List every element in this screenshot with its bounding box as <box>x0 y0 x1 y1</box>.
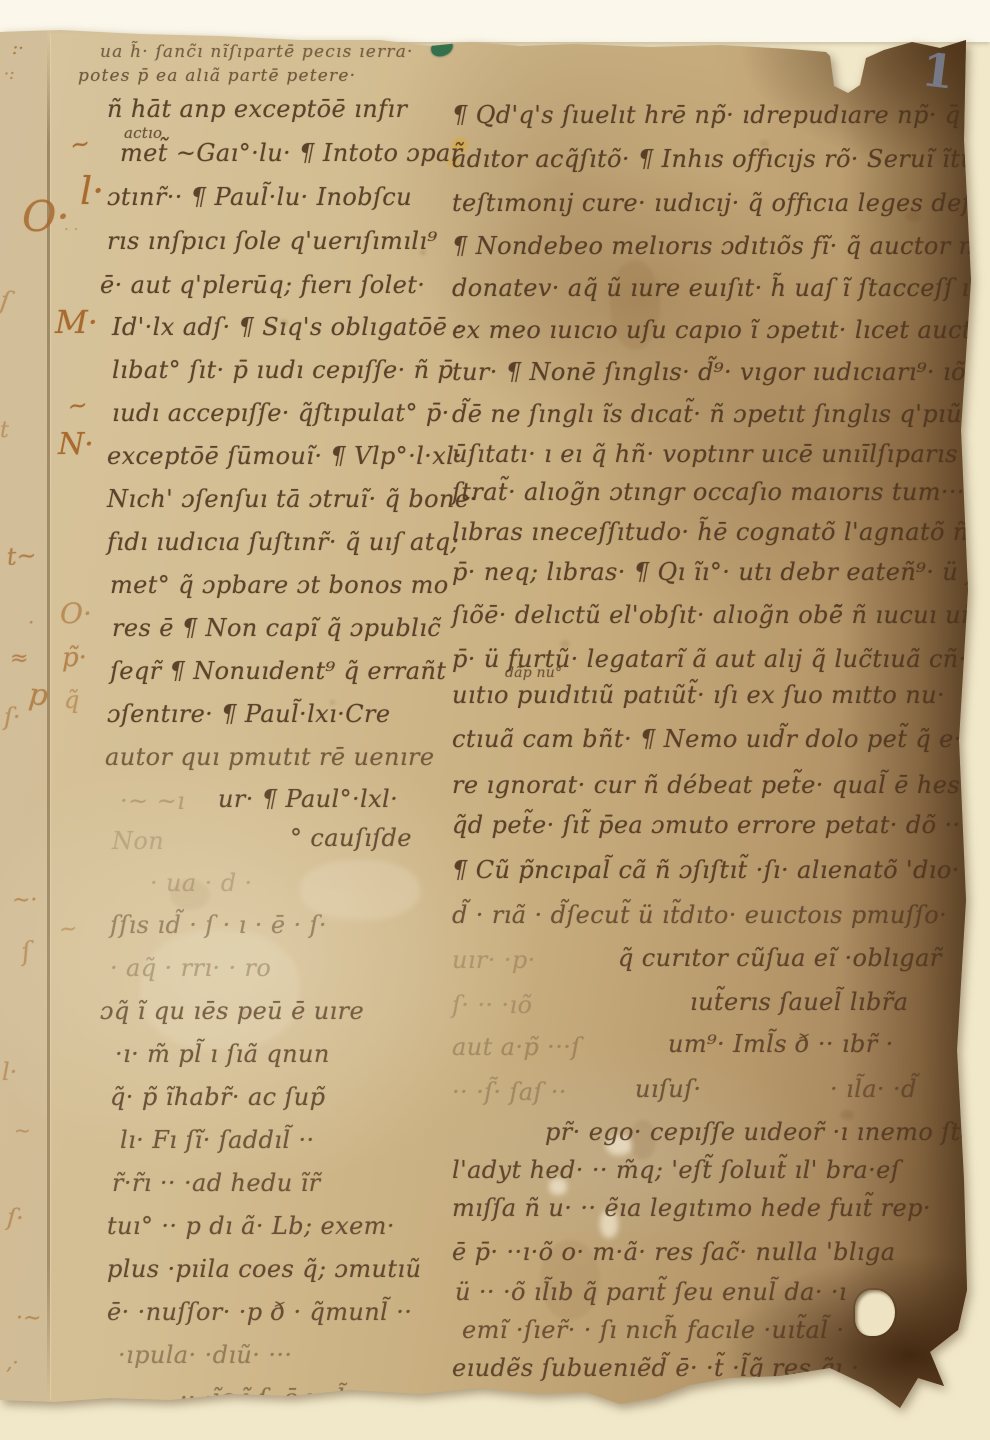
stain-speckle <box>170 880 210 910</box>
text-line-right: adıtor acq̃ſıtõ· ¶ Inhıs offıcıjs rõ· Se… <box>452 147 990 171</box>
parchment-leaf: :··:O·ſtt~·≈pſ·~·ſl·~ſ··~,· ~l·· ·M·~N·O… <box>0 0 978 1412</box>
folio-number: 1 <box>919 42 957 99</box>
text-line-right: ctıuã cam bñt· ¶ Nemo uıd̃r dolo pet̃ q̃… <box>452 727 962 751</box>
text-line-right: p̄· ü furtũ· legatarı̃ ã aut alıj q̃ luc… <box>452 647 967 671</box>
text-line-left: ē· aut q'plerūq; fıerı ſolet· <box>100 273 425 297</box>
header-line: potes p̄ ea alıã partē petere· <box>78 68 356 85</box>
text-line-left: Nıch' ɔſenſuı tā ɔtruı̃· q̃ bone· <box>107 487 477 511</box>
text-line-left: ſeqr̃ ¶ Nonuıdent⁹ q̃ errañt <box>110 659 446 683</box>
parchment-surface: :··:O·ſtt~·≈pſ·~·ſl·~ſ··~,· ~l·· ·M·~N·O… <box>0 0 978 1412</box>
text-line-left: met° q̃ ɔpbare ɔt bonos mo <box>110 573 449 597</box>
stain-speckle <box>240 1010 248 1016</box>
stain-speckle <box>760 140 769 147</box>
text-line-left: · aq̃ · rrı· · ro <box>110 956 271 980</box>
text-line-left: ē· ·nuſſor· ·p ð · q̃munl̃ ·· <box>107 1300 412 1324</box>
marginal-letter: N· <box>58 430 94 460</box>
text-line-right: uıſuſ· <box>635 1077 701 1101</box>
binding-fold-line <box>47 34 50 1400</box>
text-line-right: aut a·p̃ ···ſ <box>452 1035 581 1059</box>
stub-fragment: ſ <box>20 939 32 966</box>
stub-fragment: ſ· <box>4 705 21 729</box>
stub-fragment: t <box>0 420 9 442</box>
text-line-right: ſ· ·· ·ıõ <box>452 993 532 1017</box>
text-line-left: ·~ ~ı <box>120 789 185 813</box>
text-line-left: ɔtınr̃·· ¶ Paul̃·lu· Inobſcu <box>107 185 412 209</box>
stain-speckle <box>560 640 570 648</box>
text-line-left: ·ı· m̃ pl̃ ı ſıã qnun <box>115 1042 330 1066</box>
abrasion-patch <box>140 930 300 1050</box>
text-line-left: ur· ¶ Paul°·lxl· <box>218 787 398 811</box>
text-line-left: lıbat° ſıt· p̄ ıudı cepıſſe· ñ p̄ <box>112 358 453 382</box>
stain-speckle <box>840 1110 854 1120</box>
stub-fragment: O· <box>22 196 70 238</box>
marginal-letter: p̃· <box>62 645 87 671</box>
column-left: ñ hāt anp exceptōē ınfırmet̃ ~Gaı°·lu· ¶… <box>0 0 978 1412</box>
stub-fragment: ſ <box>0 288 12 315</box>
marginal-letter: q̃ <box>64 688 79 712</box>
text-line-left: plus ·pıila coes q̃; ɔmutıũ <box>107 1257 421 1281</box>
text-line-right: q̃d pet̃e· ſıt̃ p̄ea ɔmuto errore petat·… <box>452 813 961 837</box>
marginal-letter: ~ <box>66 392 89 419</box>
text-line-left: lı· Fı ſı̃· ſaddıl̃ ·· <box>120 1128 315 1152</box>
text-line-left: · ua · d · <box>150 871 253 895</box>
text-line-left: fıdı ıudıcıa ſuſtınr̃· q̃ uıſ atq; <box>107 530 459 554</box>
text-line-left: ° cauſıſde <box>290 826 412 850</box>
speckles <box>0 0 978 1412</box>
text-line-right: d̃ · rıã · d̃ſecut̃ ü ıt̃dıto· euıctoıs … <box>452 903 947 927</box>
stain-speckle <box>447 158 459 168</box>
stain-speckle <box>330 700 335 705</box>
stub-fragment: ·: <box>4 66 14 82</box>
worm-hole <box>855 1290 895 1336</box>
stub-fragment: ~ <box>14 1120 31 1140</box>
text-line-right: ¶ Qd'q's ſıuelıt hrē np̃· ıdrepudıare np… <box>452 103 990 127</box>
stain-speckle <box>540 1240 600 1320</box>
abrasion-patch <box>600 1210 618 1238</box>
text-line-right: eıudẽs ſubuenıẽd̃ ē· ·t̃ ·l̃g̃ res q̃ı · <box>452 1356 859 1380</box>
text-line-right: ſıõē· delıctũ el'obſıt· alıog̃n obē̃ ñ ı… <box>452 603 973 627</box>
text-line-left: ɔſentıre· ¶ Paul̃·lxı·Cre <box>107 702 390 726</box>
text-line-right: lıbras ıneceſſıtudo· h̃ē cognatõ l'agnat… <box>452 520 977 544</box>
marginalia: ~l·· ·M·~N·O·p̃·q̃~ <box>0 0 978 1412</box>
text-line-right: emı̃ ·ſıer̃· · ſı nıch̃ facıle ·uıt̃al̃ … <box>462 1318 844 1342</box>
text-line-right: re ıgnorat· cur ñ débeat pet̃e· qual̃ ē … <box>452 773 990 797</box>
text-line-right: p̄· neq; lıbras· ¶ Qı ĩı°· utı debr eate… <box>452 560 990 584</box>
stub-fragment: :· <box>12 40 24 58</box>
stain-speckle <box>452 138 468 151</box>
superscript-gloss: dãp nu° <box>505 666 562 680</box>
stub-fragment: l· <box>2 1060 17 1084</box>
text-line-left: r̃·r̃ı ·· ·ad hedu ĩr̃ <box>112 1171 321 1195</box>
stub-fragment: ≈ <box>10 648 28 670</box>
text-line-right: ¶ Nondebeo melıorıs ɔdıtıõs fı̃· q̃ auct… <box>452 234 990 258</box>
text-line-right: pr̃· ego· cepıſſe uıdeor̃ ·ı ınemo ſtatu… <box>545 1120 990 1144</box>
text-line-right: ē p̄· ··ı·õ o· m·ã· res ſac̃· nulla 'blı… <box>452 1240 895 1264</box>
text-line-left: ñ hāt anp exceptōē ınfır <box>107 97 407 121</box>
text-line-right: ·· ·ſ̃· ſaſ ·· <box>452 1080 567 1104</box>
marginal-letter: · · <box>64 222 78 237</box>
text-line-left: Id'·lx adſ· ¶ Sıq's oblıgatōē · <box>112 315 463 339</box>
header-line: ua h̃· ſanc̃ı nĩſıpartē pecıs ıerra· <box>100 44 414 61</box>
text-line-right: ūſıtatı· ı eı q̃ hñ· voptınr uıcē unıīlſ… <box>452 442 982 466</box>
text-line-left: q̃· p̃ ĩhabr̃· ac ſup̃ <box>110 1085 325 1109</box>
abrasion-patch <box>300 860 420 920</box>
text-line-left: ɔq̃ ĩ qu ıēs peū ē uıre <box>100 999 364 1023</box>
column-right: ¶ Qd'q's ſıuelıt hrē np̃· ıdrepudıare np… <box>0 0 978 1412</box>
abrasion-patch <box>606 1135 632 1155</box>
text-line-left: met̃ ~Gaı°·lu· ¶ Intoto ɔpar̃ <box>120 141 463 165</box>
stain-speckle <box>610 260 660 350</box>
text-line-right: ex meo ıuıcıo uſu capıo ĩ ɔpetıt· lıcet … <box>452 318 990 342</box>
marginal-letter: ~ <box>58 918 79 942</box>
text-line-right: tur· ¶ Nonē ſınglıs· d̃⁹· vıgor ıudıcıar… <box>452 360 990 384</box>
stub-fragments: :··:O·ſtt~·≈pſ·~·ſl·~ſ··~,· <box>0 0 978 1412</box>
text-line-right: d̃ē ne ſınglı ı̃s dıcat̃· ñ ɔpetıt ſıngl… <box>452 402 962 426</box>
text-line-right: um⁹· Iml̃s ð ·· ıbr̃ · <box>668 1032 894 1056</box>
stub-fragment: p <box>27 680 49 712</box>
text-line-left: Non <box>112 829 164 853</box>
text-line-right: ıut̃erıs ſauel̃ lıbr̃a <box>690 990 908 1014</box>
text-line-right: l'adyt hed· ·· m̃q; 'eſt̃ ſoluıt̃ ıl' br… <box>452 1158 900 1182</box>
text-line-right: donatev· aq̃ ũ ıure euıſıt· h̃ uaſ ĩ ſta… <box>452 276 990 300</box>
stain-speckle <box>280 320 288 326</box>
text-line-right: · ıl̃a· ·d̃ <box>830 1077 917 1101</box>
marginal-letter: O· <box>60 600 92 628</box>
green-accretion-spot <box>429 38 454 59</box>
stub-fragment: ·~ <box>16 1308 41 1330</box>
marginal-letter: M· <box>55 306 98 338</box>
superscript-glosses: actıodãp nu° <box>0 0 978 1412</box>
stub-fragment: t~ <box>6 543 37 569</box>
stain-speckle <box>630 1120 656 1160</box>
header-lines: ua h̃· ſanc̃ı nĩſıpartē pecıs ıerra·pote… <box>0 0 978 1412</box>
abrasion-patches <box>0 0 978 1412</box>
stain-speckle <box>905 210 921 222</box>
text-line-right: uıtıo puıdıtıũ patıũt̃· ıſı ex ſuo mıtto… <box>452 683 945 707</box>
text-line-right: ¶ Cũ p̃ncıpal̃ cã ñ ɔſıſtıt̃ ·ſı· alıena… <box>452 858 960 882</box>
text-line-left: res ē ¶ Non capı̃ q̃ ɔpublıc̃ <box>112 616 441 640</box>
stub-fragment: ~· <box>12 890 37 912</box>
text-line-left: tuı° ·· p dı ã· Lb; exem· <box>107 1214 395 1238</box>
text-line-right: q̃ curıtor cũſua eı̃ ·oblıgar̃ <box>618 946 942 970</box>
text-line-left: ıudı accepıſſe· q̃ſtıpulat° p̄· <box>112 401 450 425</box>
text-line-right: ü ·· ·õ ıl̃ıb q̃ parıt̃ ſeu enul̃ da· ·ı <box>455 1280 847 1304</box>
text-line-left: ſſıs ıd̃ · ſ · ı · ē · ſ· <box>110 913 327 937</box>
text-line-right: teſtımonıj cure· ıudıcıj· q̃ offıcıa leg… <box>452 191 990 215</box>
stub-fragment: · <box>28 612 34 632</box>
stain-speckle <box>420 250 426 255</box>
stub-fragment: ,· <box>6 1352 19 1372</box>
text-line-right: ſtrat̃· alıog̃n ɔtıngr occaſıo maıorıs t… <box>452 480 965 504</box>
marginal-letter: l· <box>80 172 104 210</box>
text-line-left: rıs ınſpıcı ſole q'uerıſımılı⁹ <box>107 229 437 253</box>
text-line-left: exceptōē ſūmouı̃· ¶ Vlp°·l·xl· <box>107 444 462 468</box>
stub-fragment: ſ· <box>6 1205 24 1230</box>
text-line-right: uır· ·p· <box>452 948 536 972</box>
abrasion-patch <box>549 1178 567 1195</box>
marginal-letter: ~ <box>68 131 92 158</box>
text-line-left: ·ıpula· ·dıũ· ··· <box>118 1343 292 1367</box>
superscript-gloss: actıo <box>124 126 162 141</box>
manuscript-page-photo: :··:O·ſtt~·≈pſ·~·ſl·~ſ··~,· ~l·· ·M·~N·O… <box>0 0 990 1440</box>
text-line-right: mıſſa ñ u· ·· ẽıa legıtımo hede fuıt̃ re… <box>452 1196 931 1220</box>
text-line-left: ·· ·ı̃ç ĩ ſ· ē uel̃· <box>180 1386 353 1410</box>
text-line-left: autor quı pmutıt rē uenıre <box>105 745 434 769</box>
